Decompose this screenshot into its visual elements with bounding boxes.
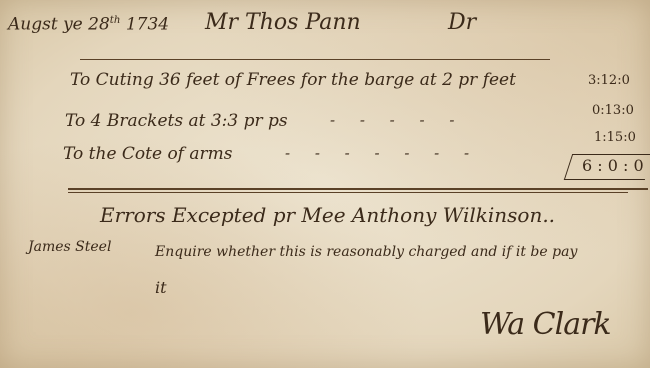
item-1-description: To Cuting 36 feet of Frees for the barge… [70, 72, 516, 89]
addressee: Mr Thos Pann [205, 12, 361, 34]
date-year: 1734 [126, 15, 169, 35]
item-3-amount: 1:15:0 [594, 131, 636, 144]
date-day: 28 [88, 15, 110, 35]
header-date: Augst ye 28th 1734 [8, 16, 169, 34]
item-2-amount: 0:13:0 [592, 104, 634, 117]
item-3-dashes: - - - - - - - [285, 146, 479, 161]
instruction-line-1: Enquire whether this is reasonably charg… [155, 245, 577, 259]
instruction-line-2: it [155, 280, 167, 296]
date-month: Augst [8, 15, 58, 35]
item-2-description: To 4 Brackets at 3:3 pr ps [65, 113, 288, 130]
total-amount: 6 : 0 : 0 [582, 158, 644, 174]
errors-excepted-line: Errors Excepted pr Mee Anthony Wilkinson… [100, 205, 555, 225]
item-1-amount: 3:12:0 [588, 74, 630, 87]
margin-note: James Steel [28, 240, 111, 254]
separator-rule [68, 188, 648, 190]
top-rule [80, 59, 550, 60]
date-suffix: th [110, 15, 121, 26]
item-3-description: To the Cote of arms [63, 146, 232, 163]
separator-rule-lower [68, 192, 628, 193]
item-2-dashes: - - - - - [330, 113, 464, 128]
document-page: Augst ye 28th 1734 Mr Thos Pann Dr To Cu… [0, 0, 650, 368]
date-prefix: ye [63, 15, 83, 35]
signature: Wa Clark [480, 310, 611, 340]
debtor-mark: Dr [448, 12, 476, 34]
